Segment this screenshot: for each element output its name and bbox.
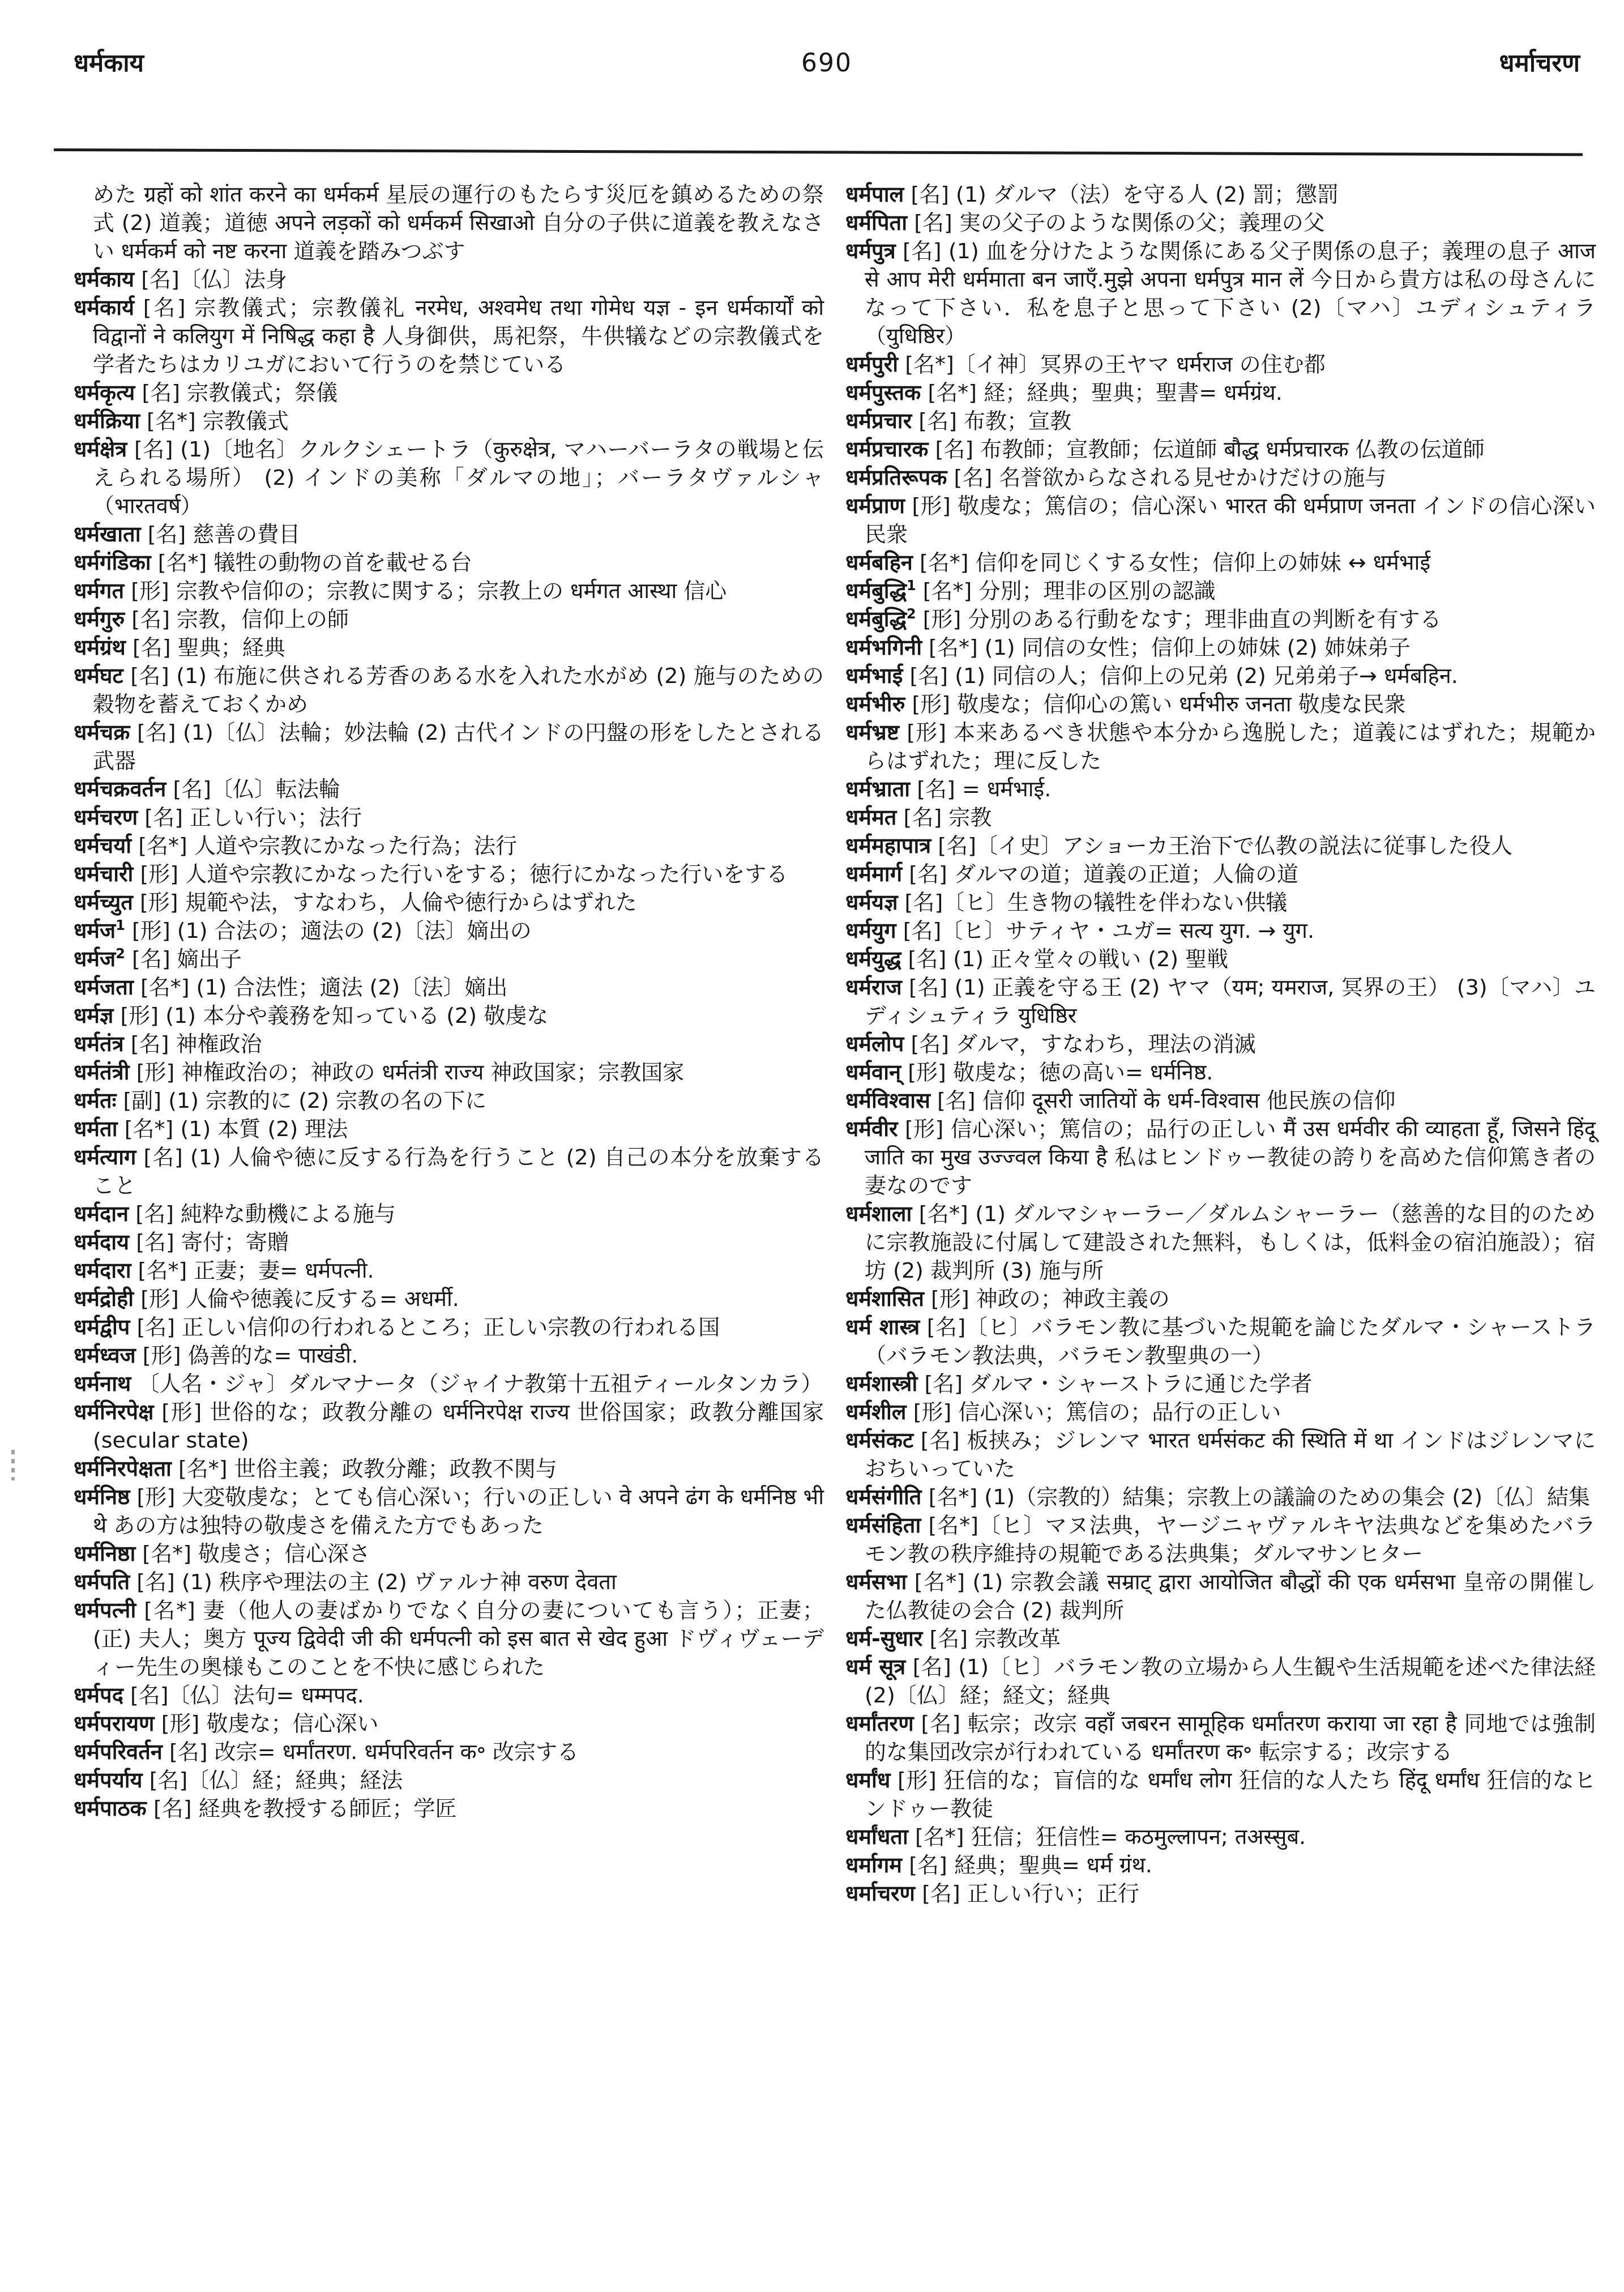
entry-headword: धर्मचर्या xyxy=(74,833,131,858)
entry-headword: धर्मांतरण xyxy=(845,1711,914,1736)
dict-entry: धर्मपाल [名] (1) ダルマ（法）を守る人 (2) 罰；懲罰 xyxy=(845,180,1596,208)
entry-body: [名] (1) 同信の人；信仰上の兄弟 (2) 兄弟弟子→ धर्मबहिन. xyxy=(909,663,1458,688)
entry-body: [形] 敬虔な；徳の高い= धर्मनिष्ठ. xyxy=(908,1060,1213,1085)
entry-body: [名] 宗教儀式；宗教儀礼 नरमेध, अश्वमेध तथा गोमेध य… xyxy=(93,295,824,377)
dict-entry: धर्मप्रचार [名] 布教；宣教 xyxy=(845,407,1596,435)
dict-entry: धर्मयुग [名]〔ヒ〕サティヤ・ユガ= सत्य युग. → युग. xyxy=(845,916,1596,945)
text-columns: めた ग्रहों को शांत करने का धर्मकर्म 星辰の運行… xyxy=(74,180,1596,1907)
entry-body: [名] 宗教改革 xyxy=(929,1626,1061,1651)
entry-headword: धर्मबहिन xyxy=(845,550,913,575)
entry-body: [名] 純粋な動機による施与 xyxy=(135,1201,396,1226)
dict-entry: धर्मांतरण [名] 転宗；改宗 वहाँ जबरन सामूहिक धर… xyxy=(845,1709,1596,1766)
entry-headword: धर्मगंडिका xyxy=(74,550,151,575)
entry-headword: धर्मज2 xyxy=(74,946,125,971)
dict-entry: धर्मगत [形] 宗教や信仰の；宗教に関する；宗教上の धर्मगत आस्… xyxy=(74,577,824,605)
entry-headword: धर्मच्युत xyxy=(74,890,133,915)
dict-entry: धर्मकार्य [名] 宗教儀式；宗教儀礼 नरमेध, अश्वमेध त… xyxy=(74,293,824,378)
dict-entry: धर्मभ्राता [名] = धर्मभाई. xyxy=(845,775,1596,803)
entry-headword: धर्मयज्ञ xyxy=(845,890,898,915)
entry-body: [形] 人道や宗教にかなった行いをする；徳行にかなった行いをする xyxy=(140,861,788,886)
entry-headword: धर्मपति xyxy=(74,1569,130,1594)
entry-body: [名] 布教師；宣教師；伝道師 बौद्ध धर्मप्रचारक 仏教の伝道師 xyxy=(935,437,1485,462)
entry-body: [名] 転宗；改宗 वहाँ जबरन सामूहिक धर्मांतरण कर… xyxy=(865,1711,1596,1764)
entry-headword: धर्मखाता xyxy=(74,522,141,547)
entry-body: [名]〔仏〕法身 xyxy=(141,267,287,292)
entry-body: [名] 正しい行い；法行 xyxy=(144,805,362,830)
entry-headword: धर्मलोप xyxy=(845,1031,904,1056)
entry-body: [名] (1)〔ヒ〕バラモン教の立場から人生観や生活規範を述べた律法経 (2)〔… xyxy=(865,1654,1596,1708)
entry-body: [名]〔仏〕法句= धम्मपद. xyxy=(130,1683,364,1708)
entry-headword: धर्मभगिनी xyxy=(845,635,922,660)
dict-entry: धर्मबुद्धि2 [形] 分別のある行動をなす；理非曲直の判断を有する xyxy=(845,605,1596,633)
dict-entry: धर्मघट [名] (1) 布施に供される芳香のある水を入れた水がめ (2) … xyxy=(74,661,824,718)
entry-body: [名] ダルマ・シャーストラに通じた学者 xyxy=(924,1371,1312,1396)
dict-entry: धर्ममार्ग [名] ダルマの道；道義の正道；人倫の道 xyxy=(845,860,1596,888)
entry-body: [名] (1) 人倫や徳に反する行為を行うこと (2) 自己の本分を放棄すること xyxy=(93,1145,824,1198)
dict-entry: धर्मपरायण [形] 敬虔な；信心深い xyxy=(74,1709,824,1738)
entry-headword: धर्मतः xyxy=(74,1088,116,1113)
entry-headword: धर्मभ्राता xyxy=(845,776,910,801)
entry-body: [名] 実の父子のような関係の父；義理の父 xyxy=(914,210,1325,235)
entry-headword: धर्मकार्य xyxy=(74,295,134,320)
dict-entry: धर्मजता [名*] (1) 合法性；適法 (2)〔法〕嫡出 xyxy=(74,973,824,1001)
entry-headword: धर्मता xyxy=(74,1116,118,1141)
entry-body: [名] (1) 正々堂々の戦い (2) 聖戦 xyxy=(908,946,1229,971)
entry-body: [名*] 宗教儀式 xyxy=(147,408,289,433)
entry-headword: धर्ममहापात्र xyxy=(845,833,931,858)
entry-body: [名*]〔ヒ〕マヌ法典，ヤージニャヴァルキヤ法典などを集めたバラモン教の秩序維持… xyxy=(865,1513,1596,1566)
entry-headword: धर्मप्रचार xyxy=(845,408,912,433)
entry-body: [名*] 狂信；狂信性= कठमुल्लापन; तअस्सुब. xyxy=(915,1824,1306,1849)
dict-entry: धर्मचर्या [名*] 人道や宗教にかなった行為；法行 xyxy=(74,831,824,860)
entry-body: [形] 偽善的な= पाखंडी. xyxy=(143,1343,358,1368)
entry-headword: धर्मज्ञ xyxy=(74,1003,113,1028)
entry-headword: धर्मतंत्र xyxy=(74,1031,124,1056)
dict-entry: धर्मपत्नी [名*] 妻（他人の妻ばかりでなく自分の妻についても言う）；… xyxy=(74,1596,824,1681)
entry-body: [名] 板挟み；ジレンマ भारत धर्मसंकट की स्थिति में… xyxy=(865,1428,1596,1481)
dict-entry: धर्मपुरी [名*]〔イ神〕冥界の王ヤマ धर्मराज の住む都 xyxy=(845,350,1596,378)
entry-headword: धर्मनिरपेक्षता xyxy=(74,1456,172,1481)
dict-entry: धर्मप्राण [形] 敬虔な；篤信の；信心深い भारत की धर्मप… xyxy=(845,492,1596,548)
entry-body: [形] 信心深い；篤信の；品行の正しい xyxy=(913,1399,1281,1424)
dict-entry: धर्मत्याग [名] (1) 人倫や徳に反する行為を行うこと (2) 自己… xyxy=(74,1143,824,1200)
dict-entry: धर्मज1 [形] (1) 合法の；適法の (2)〔法〕嫡出の xyxy=(74,916,824,945)
entry-body: [名] 寄付；寄贈 xyxy=(136,1230,289,1254)
dict-entry: धर्मनाथ 〔人名・ジャ〕ダルマナータ（ジャイナ教第十五祖ティールタンカラ） xyxy=(74,1369,824,1398)
entry-body: [名*]〔イ神〕冥界の王ヤマ धर्मराज の住む都 xyxy=(905,352,1326,377)
dict-entry: धर्मता [名*] (1) 本質 (2) 理法 xyxy=(74,1115,824,1143)
dict-entry: धर्मतः [副] (1) 宗教的に (2) 宗教の名の下に xyxy=(74,1086,824,1115)
entry-body: [名*] 経；経典；聖典；聖書= धर्मग्रंथ. xyxy=(928,380,1283,405)
entry-body: [名] (1)〔仏〕法輪；妙法輪 (2) 古代インドの円盤の形をしたとされる武器 xyxy=(93,720,824,773)
entry-body: [名] (1) 秩序や理法の主 (2) ヴァルナ神 वरुण देवता xyxy=(136,1569,617,1594)
entry-headword: धर्मध्वज xyxy=(74,1343,136,1368)
entry-headword: धर्मत्याग xyxy=(74,1145,136,1170)
entry-headword: धर्मघट xyxy=(74,663,123,688)
dict-entry: धर्मबुद्धि1 [名*] 分別；理非の区別の認識 xyxy=(845,577,1596,605)
dict-entry: धर्मप्रतिरूपक [名] 名誉欲からなされる見せかけだけの施与 xyxy=(845,463,1596,492)
entry-body: [名*] 信仰を同じくする女性；信仰上の姉妹 ↔ धर्मभाई xyxy=(920,550,1430,575)
dict-entry: धर्मक्षेत्र [名] (1)〔地名〕クルクシェートラ（कुरुक्षे… xyxy=(74,435,824,520)
homonym-number: 2 xyxy=(116,946,125,962)
dict-entry: धर्मकृत्य [名] 宗教儀式；祭儀 xyxy=(74,378,824,407)
entry-headword: धर्मचक्र xyxy=(74,720,130,745)
dict-entry: धर्मनिरपेक्षता [名*] 世俗主義；政教分離；政教不関与 xyxy=(74,1454,824,1483)
dict-entry: धर्मागम [名] 経典；聖典= धर्म ग्रंथ. xyxy=(845,1851,1596,1879)
entry-body: [名*] (1) 合法性；適法 (2)〔法〕嫡出 xyxy=(140,975,508,1000)
entry-headword: धर्मकाय xyxy=(74,267,134,292)
dict-entry: धर्मशासित [形] 神政の；神政主義の xyxy=(845,1284,1596,1313)
dict-entry: धर्मद्वीप [名] 正しい信仰の行われるところ；正しい宗教の行われる国 xyxy=(74,1313,824,1341)
entry-headword: धर्म सूत्र xyxy=(845,1654,905,1679)
dict-entry: धर्मभीरु [形] 敬虔な；信仰心の篤い धर्मभीरु जनता 敬虔… xyxy=(845,690,1596,718)
dict-entry: धर्मगुरु [名] 宗教，信仰上の師 xyxy=(74,605,824,633)
entry-headword: धर्म-सुधार xyxy=(845,1626,922,1651)
entry-body: [名] 経典；聖典= धर्म ग्रंथ. xyxy=(909,1853,1152,1877)
entry-body: [名] 布教；宣教 xyxy=(918,408,1071,433)
entry-headword: धर्मनाथ xyxy=(74,1371,131,1396)
dict-entry: धर्मपति [名] (1) 秩序や理法の主 (2) ヴァルナ神 वरुण द… xyxy=(74,1568,824,1596)
entry-headword: धर्ममार्ग xyxy=(845,861,902,886)
entry-headword: धर्मनिष्ठा xyxy=(74,1541,135,1566)
entry-body: [形] 宗教や信仰の；宗教に関する；宗教上の धर्मगत आस्था 信心 xyxy=(131,578,726,603)
entry-body: [名]〔ヒ〕サティヤ・ユガ= सत्य युग. → युग. xyxy=(903,918,1314,943)
entry-headword: धर्मपाल xyxy=(845,182,904,207)
entry-body: [名*] 世俗主義；政教分離；政教不関与 xyxy=(178,1456,557,1481)
entry-headword: धर्मशास्त्री xyxy=(845,1371,917,1396)
entry-headword: धर्मांधता xyxy=(845,1824,908,1849)
entry-body: [名] ダルマ，すなわち，理法の消滅 xyxy=(911,1031,1255,1056)
running-head-left: धर्मकाय xyxy=(74,46,801,80)
header-rule xyxy=(54,148,1583,156)
dict-entry: धर्मद्रोही [形] 人倫や徳義に反する= अधर्मी. xyxy=(74,1284,824,1313)
entry-body: [名] 経典を教授する師匠；学匠 xyxy=(153,1796,457,1821)
dict-entry: धर्मज्ञ [形] (1) 本分や義務を知っている (2) 敬虔な xyxy=(74,1001,824,1030)
entry-headword: धर्मसभा xyxy=(845,1569,907,1594)
entry-headword: धर्मवान् xyxy=(845,1060,901,1085)
entry-body: [名] 名誉欲からなされる見せかけだけの施与 xyxy=(954,465,1387,490)
entry-body: [名] 正しい行い；正行 xyxy=(922,1881,1139,1906)
entry-body: [名] 宗教 xyxy=(904,805,992,830)
entry-body: [名*] (1) ダルマシャーラー／ダルムシャーラー（慈善的な目的のために宗教施… xyxy=(865,1201,1596,1283)
dict-entry: धर्मबहिन [名*] 信仰を同じくする女性；信仰上の姉妹 ↔ धर्मभा… xyxy=(845,548,1596,577)
entry-body: [名]〔ヒ〕バラモン教に基づいた規範を論じたダルマ・シャーストラ（バラモン教法典… xyxy=(865,1314,1596,1368)
dict-entry: धर्म शास्त्र [名]〔ヒ〕バラモン教に基づいた規範を論じたダルマ・シ… xyxy=(845,1313,1596,1369)
entry-headword: धर्मजता xyxy=(74,975,134,1000)
dict-entry: धर्मतंत्र [名] 神権政治 xyxy=(74,1030,824,1058)
entry-body: [名] 慈善の費目 xyxy=(148,522,301,547)
dict-entry: धर्मज2 [名] 嫡出子 xyxy=(74,945,824,973)
entry-body: [形] 敬虔な；篤信の；信心深い भारत की धर्मप्राण जनता … xyxy=(865,493,1596,547)
left-column: めた ग्रहों को शांत करने का धर्मकर्म 星辰の運行… xyxy=(74,180,824,1907)
entry-headword: धर्मपुत्र xyxy=(845,238,896,263)
entry-body: [名*] (1) 宗教会議 सम्राट् द्वारा आयोजित बौद्… xyxy=(865,1569,1596,1623)
dict-entry: धर्मभ्रष्ट [形] 本来あるべき状態や本分から逸脱した；道義にはずれた… xyxy=(845,718,1596,775)
entry-headword: धर्मनिष्ठ xyxy=(74,1484,130,1509)
entry-headword: धर्मक्रिया xyxy=(74,408,140,433)
dict-entry: धर्मध्वज [形] 偽善的な= पाखंडी. xyxy=(74,1341,824,1369)
dict-entry: धर्मपिता [名] 実の父子のような関係の父；義理の父 xyxy=(845,208,1596,237)
dict-entry: धर्मशाला [名*] (1) ダルマシャーラー／ダルムシャーラー（慈善的な… xyxy=(845,1200,1596,1284)
dict-entry: धर्मखाता [名] 慈善の費目 xyxy=(74,520,824,548)
entry-body: [形] 敬虔な；信心深い xyxy=(161,1711,379,1736)
entry-headword: धर्मपरिवर्तन xyxy=(74,1739,163,1764)
entry-body: [名] (1) 正義を守る王 (2) ヤマ（यम; यमराज, 冥界の王） (… xyxy=(865,975,1596,1028)
entry-body: [形] (1) 合法の；適法の (2)〔法〕嫡出の xyxy=(132,918,532,943)
entry-headword: धर्मद्रोही xyxy=(74,1286,134,1311)
dictionary-page: धर्मकाय 690 धर्माचरण めた ग्रहों को शांत क… xyxy=(0,0,1624,2292)
dict-entry: धर्मपुत्र [名] (1) 血を分けたような関係にある父子関係の息子；義… xyxy=(845,237,1596,350)
homonym-number: 1 xyxy=(116,917,125,933)
entry-body: [名]〔仏〕経；経典；経法 xyxy=(149,1768,403,1792)
dict-entry: धर्मभाई [名] (1) 同信の人；信仰上の兄弟 (2) 兄弟弟子→ धर… xyxy=(845,661,1596,690)
entry-body: [形] 本来あるべき状態や本分から逸脱した；道義にはずれた；規範からはずれた；理… xyxy=(865,720,1596,773)
scan-artifact xyxy=(11,1450,15,1480)
dict-entry: धर्मयुद्ध [名] (1) 正々堂々の戦い (2) 聖戦 xyxy=(845,945,1596,973)
page-number: 690 xyxy=(801,46,852,80)
entry-body: [名*] (1) 本質 (2) 理法 xyxy=(125,1116,348,1141)
entry-body: [形] 世俗的な；政教分離の धर्मनिरपेक्ष राज्य 世俗国家；政… xyxy=(93,1399,824,1453)
entry-body: [名] 信仰 दूसरी जातियों के धर्म-विश्वास 他民族… xyxy=(937,1088,1396,1113)
entry-body: [名] (1) 血を分けたような関係にある父子関係の息子；義理の息子 आज से… xyxy=(865,238,1596,348)
dict-entry: धर्मपुस्तक [名*] 経；経典；聖典；聖書= धर्मग्रंथ. xyxy=(845,378,1596,407)
dict-entry: धर्मदाय [名] 寄付；寄贈 xyxy=(74,1228,824,1256)
dict-entry: धर्ममहापात्र [名]〔イ史〕アショーカ王治下で仏教の説法に従事した役… xyxy=(845,831,1596,860)
dict-entry: धर्म सूत्र [名] (1)〔ヒ〕バラモン教の立場から人生観や生活規範を… xyxy=(845,1653,1596,1709)
entry-headword: धर्मागम xyxy=(845,1853,902,1877)
dict-entry: धर्मवीर [形] 信心深い；篤信の；品行の正しい मैं उस धर्मव… xyxy=(845,1115,1596,1200)
entry-body: [名] 聖典；経典 xyxy=(133,635,285,660)
dict-entry: धर्मलोप [名] ダルマ，すなわち，理法の消滅 xyxy=(845,1030,1596,1058)
entry-headword: धर्मज1 xyxy=(74,918,125,943)
entry-headword: धर्मवीर xyxy=(845,1116,898,1141)
dict-entry: धर्मपर्याय [名]〔仏〕経；経典；経法 xyxy=(74,1766,824,1794)
dict-entry: धर्मनिष्ठा [名*] 敬虔さ；信心深さ xyxy=(74,1539,824,1568)
entry-headword: धर्मचरण xyxy=(74,805,138,830)
dict-entry: धर्मवान् [形] 敬虔な；徳の高い= धर्मनिष्ठ. xyxy=(845,1058,1596,1086)
entry-headword: धर्मप्राण xyxy=(845,493,905,518)
entry-headword: धर्मचक्रवर्तन xyxy=(74,776,166,801)
entry-headword: धर्मशासित xyxy=(845,1286,924,1311)
entry-headword: धर्मसंगीति xyxy=(845,1484,922,1509)
entry-body: [名] 宗教，信仰上の師 xyxy=(131,607,349,631)
entry-headword: धर्मबुद्धि2 xyxy=(845,607,916,631)
entry-headword: धर्मबुद्धि1 xyxy=(845,578,916,603)
entry-headword: धर्मांध xyxy=(845,1768,890,1792)
right-column: धर्मपाल [名] (1) ダルマ（法）を守る人 (2) 罰；懲罰धर्मप… xyxy=(845,180,1596,1907)
entry-headword: धर्मराज xyxy=(845,975,902,1000)
dict-entry: धर्मपद [名]〔仏〕法句= धम्मपद. xyxy=(74,1681,824,1709)
entry-body: [名*] (1)（宗教的）結集；宗教上の議論のための集会 (2)〔仏〕結集 xyxy=(929,1484,1590,1509)
entry-headword: धर्मयुग xyxy=(845,918,896,943)
entry-body: 〔人名・ジャ〕ダルマナータ（ジャイナ教第十五祖ティールタンカラ） xyxy=(138,1371,822,1396)
dict-entry: धर्मयज्ञ [名]〔ヒ〕生き物の犠牲を伴わない供犠 xyxy=(845,888,1596,916)
entry-headword: धर्मशील xyxy=(845,1399,907,1424)
entry-headword: धर्मसंहिता xyxy=(845,1513,921,1538)
entry-headword: धर्मभीरु xyxy=(845,692,905,716)
dict-entry: धर्मक्रिया [名*] 宗教儀式 xyxy=(74,407,824,435)
continuation-paragraph: めた ग्रहों को शांत करने का धर्मकर्म 星辰の運行… xyxy=(74,180,824,265)
entry-body: [名*] 人道や宗教にかなった行為；法行 xyxy=(138,833,517,858)
dict-entry: धर्मसभा [名*] (1) 宗教会議 सम्राट् द्वारा आयो… xyxy=(845,1568,1596,1624)
entry-body: [名] = धर्मभाई. xyxy=(917,776,1051,801)
dict-entry: धर्मनिष्ठ [形] 大変敬虔な；とても信心深い；行いの正しい वे अप… xyxy=(74,1483,824,1539)
homonym-number: 2 xyxy=(907,606,916,622)
entry-body: [名] ダルマの道；道義の正道；人倫の道 xyxy=(909,861,1298,886)
entry-body: [形] 信心深い；篤信の；品行の正しい मैं उस धर्मवीर की व्… xyxy=(865,1116,1596,1198)
entry-headword: धर्मदान xyxy=(74,1201,129,1226)
entry-headword: धर्मपिता xyxy=(845,210,907,235)
entry-body: [名*] 犠牲の動物の首を載せる台 xyxy=(158,550,472,575)
dict-entry: धर्मदान [名] 純粋な動機による施与 xyxy=(74,1200,824,1228)
entry-headword: धर्मनिरपेक्ष xyxy=(74,1399,153,1424)
entry-headword: धर्मप्रचारक xyxy=(845,437,928,462)
dict-entry: धर्मचारी [形] 人道や宗教にかなった行いをする；徳行にかなった行いをす… xyxy=(74,860,824,888)
dict-entry: धर्मचक्र [名] (1)〔仏〕法輪；妙法輪 (2) 古代インドの円盤の形… xyxy=(74,718,824,775)
dict-entry: धर्मदारा [名*] 正妻；妻= धर्मपत्नी. xyxy=(74,1256,824,1284)
dict-entry: धर्मपाठक [名] 経典を教授する師匠；学匠 xyxy=(74,1794,824,1822)
dict-entry: धर्मसंहिता [名*]〔ヒ〕マヌ法典，ヤージニャヴァルキヤ法典などを集め… xyxy=(845,1511,1596,1568)
dict-entry: धर्मतंत्री [形] 神権政治の；神政の धर्मतंत्री राज्… xyxy=(74,1058,824,1086)
entry-body: [形] 大変敬虔な；とても信心深い；行いの正しい वे अपने ढंग के … xyxy=(93,1484,824,1538)
entry-body: [名*] (1) 同信の女性；信仰上の姉妹 (2) 姉妹弟子 xyxy=(929,635,1411,660)
entry-headword: धर्मगत xyxy=(74,578,124,603)
entry-body: [形] 神政の；神政主義の xyxy=(931,1286,1170,1311)
entry-headword: धर्मपर्याय xyxy=(74,1768,143,1792)
entry-headword: धर्मभाई xyxy=(845,663,903,688)
entry-headword: धर्मपाठक xyxy=(74,1796,147,1821)
running-header: धर्मकाय 690 धर्माचरण xyxy=(74,46,1580,80)
entry-headword: धर्मक्षेत्र xyxy=(74,437,127,462)
dict-entry: धर्माचरण [名] 正しい行い；正行 xyxy=(845,1879,1596,1907)
entry-headword: धर्मग्रंथ xyxy=(74,635,126,660)
entry-headword: धर्मपुरी xyxy=(845,352,898,377)
entry-body: [名*] 分別；理非の区別の認識 xyxy=(923,578,1216,603)
entry-headword: धर्मपुस्तक xyxy=(845,380,921,405)
dict-entry: धर्मांधता [名*] 狂信；狂信性= कठमुल्लापन; तअस्स… xyxy=(845,1822,1596,1851)
entry-body: [形] (1) 本分や義務を知っている (2) 敬虔な xyxy=(121,1003,549,1028)
homonym-number: 1 xyxy=(907,578,916,594)
entry-headword: धर्ममत xyxy=(845,805,896,830)
running-head-right: धर्माचरण xyxy=(852,46,1580,80)
dict-entry: धर्मनिरपेक्ष [形] 世俗的な；政教分離の धर्मनिरपेक्ष… xyxy=(74,1398,824,1454)
dict-entry: धर्मगंडिका [名*] 犠牲の動物の首を載せる台 xyxy=(74,548,824,577)
entry-body: [名] 正しい信仰の行われるところ；正しい宗教の行われる国 xyxy=(136,1314,720,1339)
entry-headword: धर्मपरायण xyxy=(74,1711,155,1736)
entry-headword: धर्मकृत्य xyxy=(74,380,135,405)
entry-headword: धर्मविश्वास xyxy=(845,1088,930,1113)
dict-entry: धर्मशास्त्री [名] ダルマ・シャーストラに通じた学者 xyxy=(845,1369,1596,1398)
dict-entry: धर्ममत [名] 宗教 xyxy=(845,803,1596,831)
dict-entry: धर्मचरण [名] 正しい行い；法行 xyxy=(74,803,824,831)
entry-headword: धर्मप्रतिरूपक xyxy=(845,465,947,490)
dict-entry: धर्मग्रंथ [名] 聖典；経典 xyxy=(74,633,824,661)
entry-headword: धर्मचारी xyxy=(74,861,133,886)
dict-entry: धर्म-सुधार [名] 宗教改革 xyxy=(845,1624,1596,1653)
entry-headword: धर्मतंत्री xyxy=(74,1060,130,1085)
entry-body: [名] 宗教儀式；祭儀 xyxy=(142,380,337,405)
entry-body: [名*] 敬虔さ；信心深さ xyxy=(142,1541,370,1566)
entry-body: [形] 狂信的な；盲信的な धर्मांध लोग 狂信的な人たち हिंदू … xyxy=(865,1768,1596,1821)
entry-body: [名] (1) ダルマ（法）を守る人 (2) 罰；懲罰 xyxy=(911,182,1339,207)
entry-headword: धर्मगुरु xyxy=(74,607,125,631)
dict-entry: धर्मविश्वास [名] 信仰 दूसरी जातियों के धर्म… xyxy=(845,1086,1596,1115)
entry-body: [形] 敬虔な；信仰心の篤い धर्मभीरु जनता 敬虔な民衆 xyxy=(912,692,1405,716)
entry-headword: धर्मसंकट xyxy=(845,1428,913,1453)
entry-body: [名] (1)〔地名〕クルクシェートラ（कुरुक्षेत्र, マハーバーラタ… xyxy=(93,437,824,518)
dict-entry: धर्मशील [形] 信心深い；篤信の；品行の正しい xyxy=(845,1398,1596,1426)
dict-entry: धर्मपरिवर्तन [名] 改宗= धर्मांतरण. धर्मपरिव… xyxy=(74,1738,824,1766)
entry-body: [名] 嫡出子 xyxy=(132,946,242,971)
entry-body: [形] 規範や法，すなわち，人倫や徳行からはずれた xyxy=(140,890,637,915)
dict-entry: धर्मचक्रवर्तन [名]〔仏〕転法輪 xyxy=(74,775,824,803)
dict-entry: धर्मसंकट [名] 板挟み；ジレンマ भारत धर्मसंकट की स… xyxy=(845,1426,1596,1483)
entry-body: [名*] 正妻；妻= धर्मपत्नी. xyxy=(138,1258,374,1283)
dict-entry: धर्मांध [形] 狂信的な；盲信的な धर्मांध लोग 狂信的な人た… xyxy=(845,1766,1596,1822)
entry-headword: धर्मद्वीप xyxy=(74,1314,130,1339)
entry-body: [形] 神権政治の；神政の धर्मतंत्री राज्य 神政国家；宗教国家 xyxy=(136,1060,685,1085)
entry-body: [副] (1) 宗教的に (2) 宗教の名の下に xyxy=(123,1088,487,1113)
dict-entry: धर्मराज [名] (1) 正義を守る王 (2) ヤマ（यम; यमराज,… xyxy=(845,973,1596,1030)
entry-headword: धर्म शास्त्र xyxy=(845,1314,920,1339)
entry-headword: धर्माचरण xyxy=(845,1881,915,1906)
entry-headword: धर्मपद xyxy=(74,1683,123,1708)
dict-entry: धर्मप्रचारक [名] 布教師；宣教師；伝道師 बौद्ध धर्मप्… xyxy=(845,435,1596,463)
entry-body: [名] 改宗= धर्मांतरण. धर्मपरिवर्तन क॰ 改宗する xyxy=(169,1739,579,1764)
entry-body: [名]〔ヒ〕生き物の犠牲を伴わない供犠 xyxy=(905,890,1288,915)
entry-body: [名] (1) 布施に供される芳香のある水を入れた水がめ (2) 施与のための穀… xyxy=(93,663,824,716)
dict-entry: धर्मच्युत [形] 規範や法，すなわち，人倫や徳行からはずれた xyxy=(74,888,824,916)
entry-body: [名*] 妻（他人の妻ばかりでなく自分の妻についても言う）；正妻；(正) 夫人；… xyxy=(93,1598,824,1679)
entry-headword: धर्मपत्नी xyxy=(74,1598,136,1623)
dict-entry: धर्मकाय [名]〔仏〕法身 xyxy=(74,265,824,293)
entry-body: [形] 人倫や徳義に反する= अधर्मी. xyxy=(140,1286,459,1311)
entry-body: [名] 神権政治 xyxy=(131,1031,262,1056)
entry-headword: धर्मदाय xyxy=(74,1230,129,1254)
dict-entry: धर्मभगिनी [名*] (1) 同信の女性；信仰上の姉妹 (2) 姉妹弟子 xyxy=(845,633,1596,661)
entry-headword: धर्मयुद्ध xyxy=(845,946,901,971)
entry-headword: धर्मभ्रष्ट xyxy=(845,720,899,745)
entry-body: [名]〔仏〕転法輪 xyxy=(173,776,340,801)
entry-body: [名]〔イ史〕アショーカ王治下で仏教の説法に従事した役人 xyxy=(938,833,1512,858)
entry-headword: धर्मशाला xyxy=(845,1201,912,1226)
dict-entry: धर्मसंगीति [名*] (1)（宗教的）結集；宗教上の議論のための集会 … xyxy=(845,1483,1596,1511)
entry-headword: धर्मदारा xyxy=(74,1258,131,1283)
entry-body: [形] 分別のある行動をなす；理非曲直の判断を有する xyxy=(923,607,1442,631)
